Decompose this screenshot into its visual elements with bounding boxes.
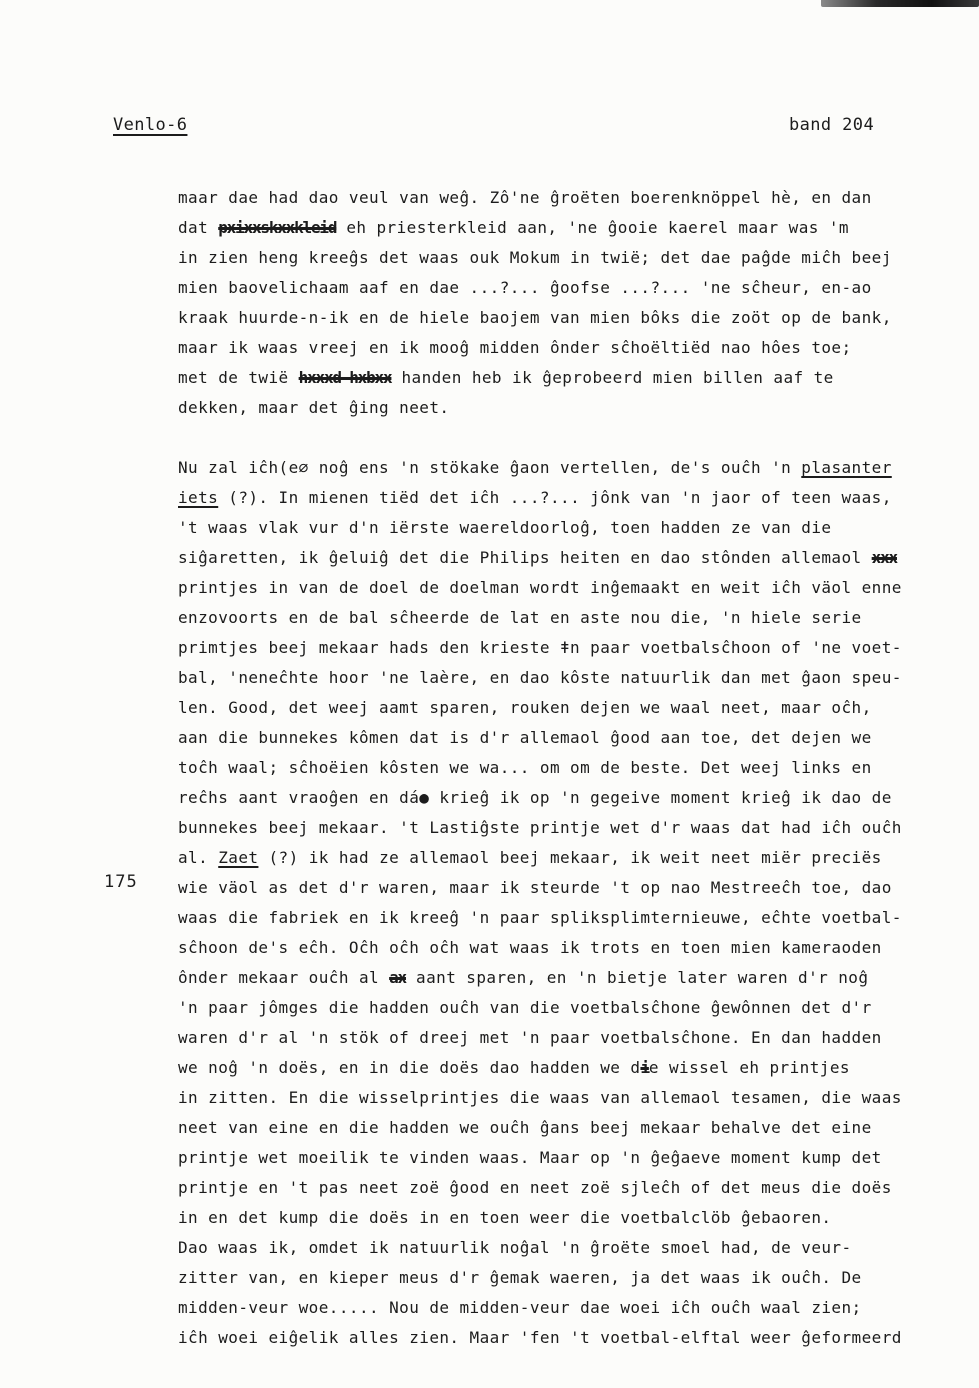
text-line: Nu zal iĉh(e∅ noĝ ens 'n stökake ĝaon ve… — [178, 453, 938, 483]
text-line: maar ik waas vreej en ik mooĝ midden ônd… — [178, 333, 938, 363]
line-number-note: 175 — [104, 872, 138, 892]
text-line: toĉh waal; sĉhoëien kôsten we wa... om o… — [178, 753, 938, 783]
document-id: Venlo-6 — [113, 115, 187, 135]
text-line: we noĝ 'n doës, en in die doës dao hadde… — [178, 1053, 938, 1083]
text-run: ônder mekaar ouĉh al — [178, 968, 389, 987]
text-run: wie väol as det d'r waren, maar ik steur… — [178, 878, 892, 897]
text-run: aan die bunnekes kômen dat is d'r allema… — [178, 728, 872, 747]
paragraph-1: maar dae had dao veul van weĝ. Zô'ne ĝro… — [178, 183, 938, 423]
typewritten-text-block: maar dae had dao veul van weĝ. Zô'ne ĝro… — [178, 183, 938, 1353]
underlined-text: plasanter — [801, 458, 891, 477]
text-line: 't waas vlak vur d'n iërste waereldoorlo… — [178, 513, 938, 543]
text-line: dat pxixxskxxkleid eh priesterkleid aan,… — [178, 213, 938, 243]
text-run: we noĝ 'n doës, en in die doës dao hadde… — [178, 1058, 640, 1077]
text-run: siĝaretten, ik ĝeluiĝ det die Philips he… — [178, 548, 872, 567]
text-run: eh priesterkleid aan, 'ne ĝooie kaerel m… — [336, 218, 849, 237]
paragraph-2: Nu zal iĉh(e∅ noĝ ens 'n stökake ĝaon ve… — [178, 453, 938, 1353]
text-line: enzovoorts en de bal sĉheerde de lat en … — [178, 603, 938, 633]
text-run: dat — [178, 218, 218, 237]
text-line: reĉhs aant vraoĝen en dá● krieĝ ik op 'n… — [178, 783, 938, 813]
struck-out-text: ax — [389, 968, 406, 987]
text-line: midden-veur woe..... Nou de midden-veur … — [178, 1293, 938, 1323]
text-line: maar dae had dao veul van weĝ. Zô'ne ĝro… — [178, 183, 938, 213]
text-run: iĉh woei eiĝelik alles zien. Maar 'fen '… — [178, 1328, 902, 1347]
text-line: Dao waas ik, omdet ik natuurlik noĝal 'n… — [178, 1233, 938, 1263]
text-run: Dao waas ik, omdet ik natuurlik noĝal 'n… — [178, 1238, 852, 1257]
text-run: neet van eine en die hadden we ouĉh ĝans… — [178, 1118, 872, 1137]
text-run: in en det kump die doës in en toen weer … — [178, 1208, 831, 1227]
text-run: reĉhs aant vraoĝen en dá● krieĝ ik op 'n… — [178, 788, 892, 807]
text-run: in zien heng kreeĝs det waas ouk Mokum i… — [178, 248, 892, 267]
text-line: in zien heng kreeĝs det waas ouk Mokum i… — [178, 243, 938, 273]
text-line: ônder mekaar ouĉh al ax aant sparen, en … — [178, 963, 938, 993]
text-line: dekken, maar det ĝing neet. — [178, 393, 938, 423]
text-line: al. Zaet (?) ik had ze allemaol beej mek… — [178, 843, 938, 873]
text-run: maar dae had dao veul van weĝ. Zô'ne ĝro… — [178, 188, 872, 207]
text-line: in zitten. En die wisselprintjes die waa… — [178, 1083, 938, 1113]
text-line: iets (?). In mienen tiëd det iĉh ...?...… — [178, 483, 938, 513]
text-run: Nu zal iĉh(e∅ noĝ ens 'n stökake ĝaon ve… — [178, 458, 801, 477]
band-label: band 204 — [789, 115, 874, 135]
text-run: (?) ik had ze allemaol beej mekaar, ik w… — [258, 848, 881, 867]
text-run: mien baovelichaam aaf en dae ...?... ĝoo… — [178, 278, 872, 297]
text-run: toĉh waal; sĉhoëien kôsten we wa... om o… — [178, 758, 872, 777]
text-run: primtjes beej mekaar hads den krieste ǂn… — [178, 638, 902, 657]
struck-out-text: hxxxd hxbxx — [299, 368, 392, 387]
text-line: waren d'r al 'n stök of dreej met 'n paa… — [178, 1023, 938, 1053]
text-run: sĉhoon de's eĉh. Oĉh oĉh oĉh wat waas ik… — [178, 938, 882, 957]
text-run: waas die fabriek en ik kreeĝ 'n paar spl… — [178, 908, 902, 927]
underlined-text: iets — [178, 488, 218, 507]
text-run: al. — [178, 848, 218, 867]
text-line: primtjes beej mekaar hads den krieste ǂn… — [178, 633, 938, 663]
struck-out-text: xxx — [872, 548, 897, 567]
text-line: len. Good, det weej aamt sparen, rouken … — [178, 693, 938, 723]
text-line: kraak huurde-n-ik en de hiele baojem van… — [178, 303, 938, 333]
text-run: printje en 't pas neet zoë ĝood en neet … — [178, 1178, 892, 1197]
text-line: mien baovelichaam aaf en dae ...?... ĝoo… — [178, 273, 938, 303]
text-line: 'n paar jômges die hadden ouĉh van die v… — [178, 993, 938, 1023]
text-line: printjes in van de doel de doelman wordt… — [178, 573, 938, 603]
text-run: aant sparen, en 'n bietje later waren d'… — [406, 968, 868, 987]
text-run: maar ik waas vreej en ik mooĝ midden ônd… — [178, 338, 852, 357]
text-line: iĉh woei eiĝelik alles zien. Maar 'fen '… — [178, 1323, 938, 1353]
text-run: len. Good, det weej aamt sparen, rouken … — [178, 698, 872, 717]
text-run: kraak huurde-n-ik en de hiele baojem van… — [178, 308, 892, 327]
text-line: met de twië hxxxd hxbxx handen heb ik ĝe… — [178, 363, 938, 393]
text-run: enzovoorts en de bal sĉheerde de lat en … — [178, 608, 862, 627]
text-run: bunnekes beej mekaar. 't Lastiĝste print… — [178, 818, 902, 837]
text-line: printje en 't pas neet zoë ĝood en neet … — [178, 1173, 938, 1203]
text-run: (?). In mienen tiëd det iĉh ...?... jônk… — [218, 488, 892, 507]
text-line: in en det kump die doës in en toen weer … — [178, 1203, 938, 1233]
text-run: met de twië — [178, 368, 299, 387]
text-run: 't waas vlak vur d'n iërste waereldoorlo… — [178, 518, 831, 537]
text-run: in zitten. En die wisselprintjes die waa… — [178, 1088, 902, 1107]
struck-out-text: i — [640, 1058, 648, 1077]
text-run: midden-veur woe..... Nou de midden-veur … — [178, 1298, 862, 1317]
struck-out-text: pxixxskxxkleid — [218, 218, 336, 237]
text-run: handen heb ik ĝeprobeerd mien billen aaf… — [391, 368, 833, 387]
text-line: zitter van, en kieper meus d'r ĝemak wae… — [178, 1263, 938, 1293]
text-line: aan die bunnekes kômen dat is d'r allema… — [178, 723, 938, 753]
text-line: wie väol as det d'r waren, maar ik steur… — [178, 873, 938, 903]
text-run: printje wet moeilik te vinden waas. Maar… — [178, 1148, 882, 1167]
text-line: bunnekes beej mekaar. 't Lastiĝste print… — [178, 813, 938, 843]
text-run: dekken, maar det ĝing neet. — [178, 398, 449, 417]
text-run: 'n paar jômges die hadden ouĉh van die v… — [178, 998, 872, 1017]
underlined-text: Zaet — [218, 848, 258, 867]
text-run: bal, 'neneĉhte hoor 'ne laère, en dao kô… — [178, 668, 902, 687]
text-run: printjes in van de doel de doelman wordt… — [178, 578, 902, 597]
text-line: neet van eine en die hadden we ouĉh ĝans… — [178, 1113, 938, 1143]
text-run: zitter van, en kieper meus d'r ĝemak wae… — [178, 1268, 862, 1287]
text-run: e wissel eh printjes — [649, 1058, 850, 1077]
scan-edge-artifact — [821, 0, 979, 7]
text-line: printje wet moeilik te vinden waas. Maar… — [178, 1143, 938, 1173]
text-line: waas die fabriek en ik kreeĝ 'n paar spl… — [178, 903, 938, 933]
text-run: waren d'r al 'n stök of dreej met 'n paa… — [178, 1028, 882, 1047]
text-line: sĉhoon de's eĉh. Oĉh oĉh oĉh wat waas ik… — [178, 933, 938, 963]
text-line: bal, 'neneĉhte hoor 'ne laère, en dao kô… — [178, 663, 938, 693]
text-line: siĝaretten, ik ĝeluiĝ det die Philips he… — [178, 543, 938, 573]
